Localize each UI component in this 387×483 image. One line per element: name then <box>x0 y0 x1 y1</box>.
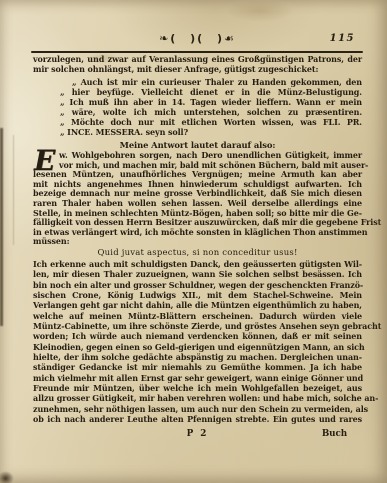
scan-edge-artifact <box>0 128 3 326</box>
text-line: bin noch ein alter und grosser Schuldner… <box>33 280 362 290</box>
text-line: hielte, der ihm solche gedächte abspänst… <box>33 352 362 362</box>
scanned-book-page: ❧( )( )☙ 115 vorzulegen, und zwar auf Ve… <box>0 0 387 483</box>
text-line: Verlangen geht gar nicht dahin, alle die… <box>33 300 362 310</box>
answer-paragraph-lines: w. Wohlgebohren sorgen, nach Dero unendl… <box>33 151 362 247</box>
answer-paragraph: E w. Wohlgebohren sorgen, nach Dero unen… <box>33 151 362 247</box>
text-line: in etwas verlängert wird, ich möchte son… <box>33 228 362 238</box>
answer-heading: Meine Antwort lautet darauf also: <box>33 140 362 150</box>
text-line: sischen Crone, König Ludwigs XII., mit d… <box>33 290 362 300</box>
signature-mark: P 2 <box>33 429 362 439</box>
catchword: Buch <box>322 429 347 439</box>
text-line: allzu grosser Gütigkeit, mir haben vereh… <box>33 393 362 403</box>
page-footer: P 2 Buch <box>33 429 362 441</box>
text-line: „ INCE. MESSERA. seyn soll? <box>60 128 362 138</box>
header-rule <box>31 51 363 53</box>
text-line: Müntz-Cabinette, um ihre schönste Zierde… <box>33 321 362 331</box>
text-line: ob ich nach anderer Leuthe alten Pfennig… <box>33 414 362 424</box>
latin-quotation: Quid juvat aspectus, si non conceditur u… <box>33 248 362 258</box>
text-line: mich vielmehr mit allen Ernst gar sehr g… <box>33 373 362 383</box>
text-line: Kleinodien, gegen einen so Geld-gierigen… <box>33 342 362 352</box>
text-line: Ich erkenne auch mit schuldigsten Danck,… <box>33 259 362 269</box>
header-ornament: ❧( )( )☙ <box>33 32 362 45</box>
intro-paragraph: vorzulegen, und zwar auf Veranlassung ei… <box>33 55 362 75</box>
text-line: worden; Ich würde auch niemand verdencke… <box>33 331 362 341</box>
closing-paragraph: Ich erkenne auch mit schuldigsten Danck,… <box>33 259 362 425</box>
drop-cap-initial: E <box>34 147 55 175</box>
text-line: Freunde mir Müntzen, über welche ich mei… <box>33 383 362 393</box>
page-number: 115 <box>330 33 355 44</box>
paper-crease <box>13 135 14 245</box>
text-line: mir solchen ohnlängst, mit dieser Anfrag… <box>33 65 362 75</box>
page-header: ❧( )( )☙ 115 <box>33 32 362 46</box>
text-line: ständiger Gedancke ist mir niemahls zu G… <box>33 362 362 372</box>
text-line: müssen: <box>33 237 362 247</box>
text-line: len, mir diesen Thaler zuzueignen, wann … <box>33 269 362 279</box>
text-line: zunehmen, sehr nöthigen lassen, um auch … <box>33 404 362 414</box>
paper-stain <box>225 0 295 22</box>
text-line: welche auf meinen Müntz-Blättern erschei… <box>33 311 362 321</box>
quoted-letter-block: „ Auch ist mir ein curieuser Thaler zu H… <box>60 78 362 137</box>
scan-corner-spot <box>0 471 14 483</box>
